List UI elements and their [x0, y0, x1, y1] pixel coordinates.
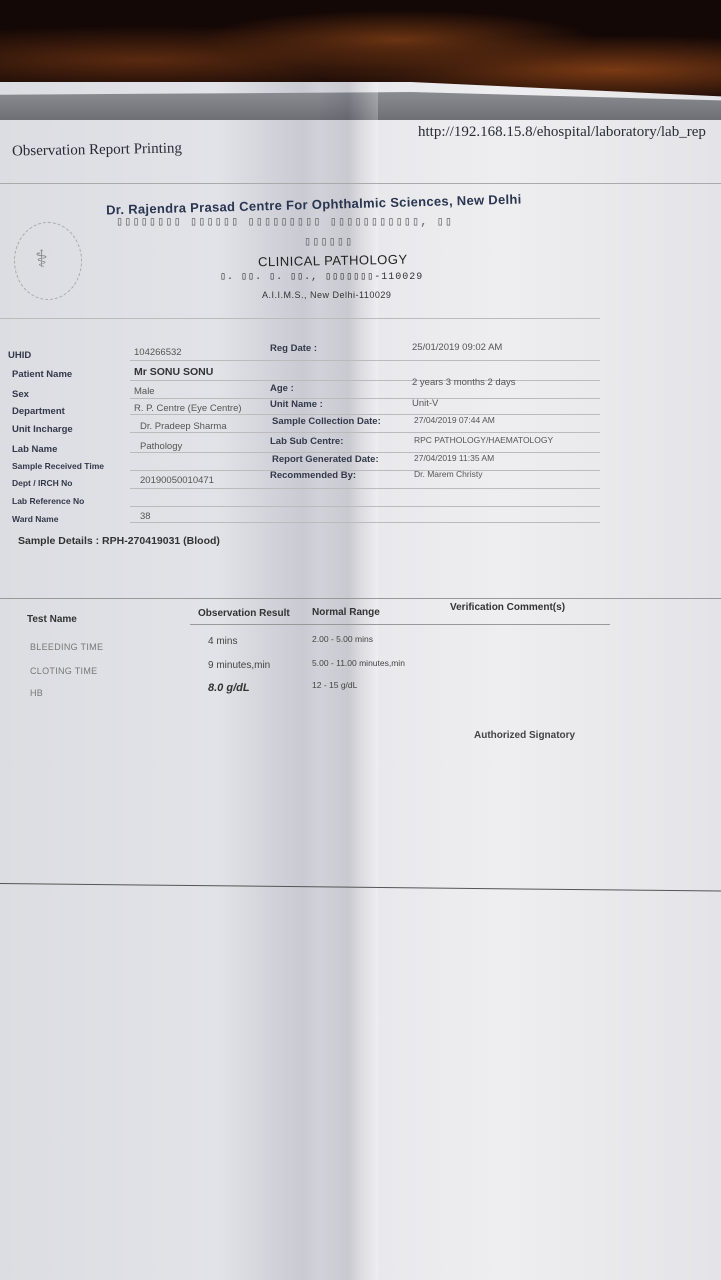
- patient-field-label: Age :: [270, 383, 294, 394]
- field-underline: [130, 432, 600, 433]
- patient-field-label: Recommended By:: [270, 470, 356, 481]
- patient-field-value: R. P. Centre (Eye Centre): [134, 403, 242, 414]
- patient-field-value: 104266532: [134, 347, 182, 358]
- patient-field-label: Dept / IRCH No: [12, 478, 72, 488]
- table-header-divider: [190, 624, 610, 625]
- sample-details: Sample Details : RPH-270419031 (Blood): [18, 535, 220, 547]
- col-header-observation-result: Observation Result: [198, 608, 290, 619]
- field-underline: [130, 488, 600, 489]
- patient-field-value: Male: [134, 386, 155, 397]
- result-normal-range: 2.00 - 5.00 mins: [312, 634, 373, 644]
- col-header-normal-range: Normal Range: [312, 607, 380, 618]
- patient-field-label: Unit Incharge: [12, 424, 73, 435]
- field-underline: [130, 470, 600, 471]
- address-hindi: ▯. ▯▯. ▯. ▯▯., ▯▯▯▯▯▯▯-110029: [220, 271, 423, 283]
- patient-field-value: Dr. Marem Christy: [414, 469, 482, 479]
- patient-field-value: 27/04/2019 07:44 AM: [414, 415, 495, 425]
- patient-field-value: Dr. Pradeep Sharma: [140, 421, 227, 432]
- table-top-divider: [0, 598, 721, 599]
- result-value: 8.0 g/dL: [208, 682, 250, 694]
- result-test-name: HB: [30, 688, 43, 698]
- col-header-test-name: Test Name: [27, 614, 77, 625]
- field-underline: [130, 452, 600, 453]
- patient-field-label: Ward Name: [12, 514, 58, 524]
- header-divider: [0, 183, 721, 184]
- institution-name-hindi-2: ▯▯▯▯▯▯: [304, 234, 353, 249]
- patient-field-value: RPC PATHOLOGY/HAEMATOLOGY: [414, 435, 553, 445]
- field-underline: [130, 398, 600, 399]
- patient-field-value: 25/01/2019 09:02 AM: [412, 342, 502, 353]
- authorized-signatory: Authorized Signatory: [474, 730, 575, 741]
- patient-field-label: Reg Date :: [270, 343, 317, 354]
- patient-field-label: Lab Sub Centre:: [270, 436, 343, 447]
- result-normal-range: 12 - 15 g/dL: [312, 680, 357, 690]
- patient-field-value: 2 years 3 months 2 days: [412, 377, 516, 388]
- patient-field-value: 27/04/2019 11:35 AM: [414, 453, 494, 463]
- sample-details-label: Sample Details :: [18, 535, 99, 547]
- page-title: Observation Report Printing: [12, 141, 182, 161]
- patient-field-label: Report Generated Date:: [272, 454, 379, 465]
- patient-field-label: UHID: [8, 350, 31, 361]
- result-test-name: CLOTING TIME: [30, 666, 97, 676]
- field-underline: [130, 414, 600, 415]
- patient-field-value: 38: [140, 511, 151, 522]
- department-title: CLINICAL PATHOLOGY: [258, 252, 408, 270]
- address: A.I.I.M.S., New Delhi-110029: [262, 290, 391, 300]
- page-url: http://192.168.15.8/ehospital/laboratory…: [418, 124, 706, 141]
- result-value: 9 minutes,min: [208, 660, 270, 671]
- patient-field-label: Sample Received Time: [12, 461, 104, 471]
- col-header-verification-comments: Verification Comment(s): [450, 602, 565, 613]
- patient-field-label: Lab Name: [12, 444, 57, 455]
- patient-field-label: Lab Reference No: [12, 496, 84, 506]
- field-underline: [130, 522, 600, 523]
- institution-name-hindi: ▯▯▯▯▯▯▯▯ ▯▯▯▯▯▯ ▯▯▯▯▯▯▯▯▯ ▯▯▯▯▯▯▯▯▯▯▯, ▯…: [116, 214, 453, 229]
- patient-field-label: Sample Collection Date:: [272, 416, 381, 427]
- patient-field-value: Mr SONU SONU: [134, 366, 213, 378]
- patient-field-value: Pathology: [140, 441, 182, 452]
- patient-field-label: Patient Name: [12, 369, 72, 380]
- patient-field-label: Sex: [12, 389, 29, 400]
- result-value: 4 mins: [208, 636, 237, 647]
- result-normal-range: 5.00 - 11.00 minutes,min: [312, 658, 405, 668]
- institution-seal-icon: ⚕: [14, 222, 82, 300]
- field-underline: [130, 506, 600, 507]
- patient-field-value: Unit-V: [412, 398, 438, 409]
- patient-field-value: 20190050010471: [140, 475, 214, 486]
- result-test-name: BLEEDING TIME: [30, 642, 103, 652]
- field-underline: [130, 360, 600, 361]
- patient-field-label: Unit Name :: [270, 399, 323, 410]
- institution-divider: [0, 318, 600, 319]
- sample-details-value: RPH-270419031 (Blood): [102, 535, 220, 547]
- field-underline: [130, 380, 600, 381]
- patient-field-label: Department: [12, 406, 65, 417]
